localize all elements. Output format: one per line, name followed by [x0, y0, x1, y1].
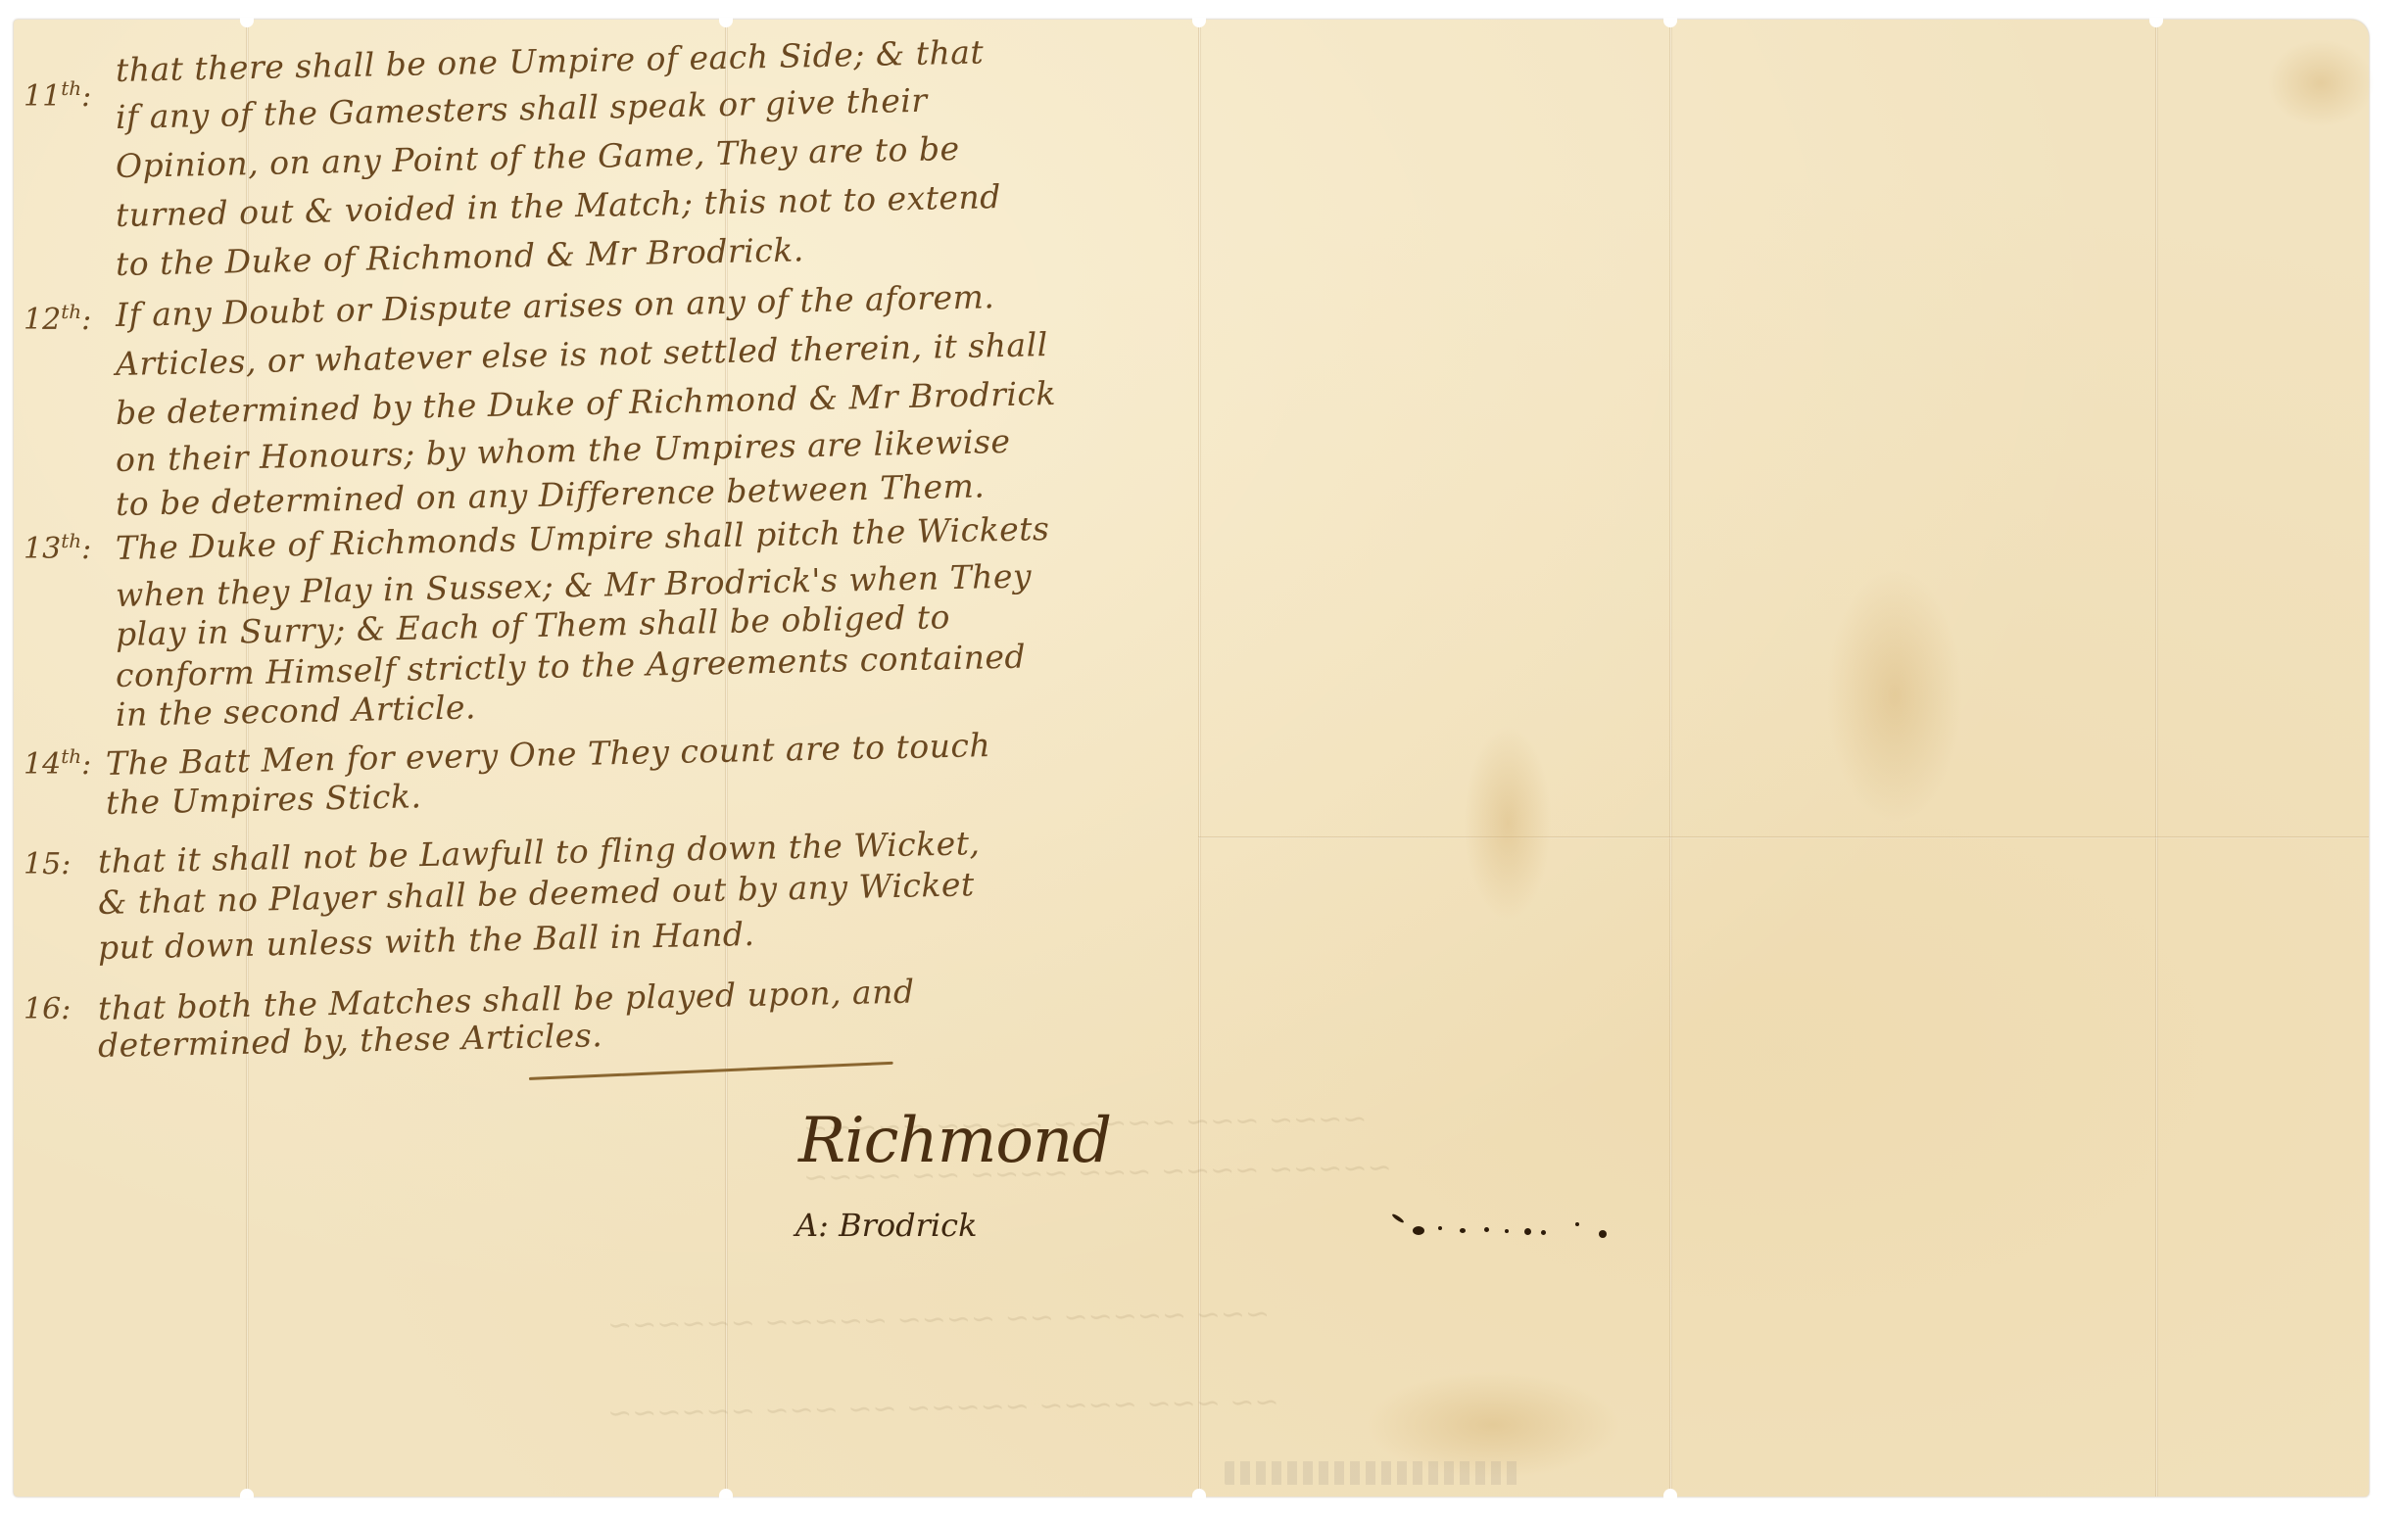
- signature-brodrick: A: Brodrick: [795, 1207, 977, 1244]
- edge-notch: [240, 1489, 254, 1498]
- edge-notch: [719, 1489, 733, 1498]
- fold-line: [1669, 20, 1672, 1497]
- edge-notch: [240, 18, 254, 27]
- edge-notch: [719, 18, 733, 27]
- signature-richmond: Richmond: [798, 1105, 1111, 1177]
- edge-notch: [1663, 1489, 1677, 1498]
- article-number: 15:: [24, 844, 71, 881]
- article-number: 16:: [24, 989, 71, 1026]
- fold-line: [2155, 20, 2158, 1497]
- edge-notch: [1192, 1489, 1206, 1498]
- edge-notch: [1192, 18, 1206, 27]
- article-number: 12th:: [24, 300, 91, 337]
- article-number: 11th:: [24, 76, 91, 114]
- paper-stain: [2267, 39, 2375, 127]
- edge-notch: [2149, 18, 2163, 27]
- fold-line: [1198, 20, 1201, 1497]
- paper-stain: [1826, 568, 1963, 823]
- paper-stain: [1464, 725, 1552, 921]
- edge-notch: [1663, 18, 1677, 27]
- archive-stamp: [1225, 1461, 1518, 1485]
- manuscript-line: in the second Article.: [116, 688, 477, 734]
- fold-line: [1198, 836, 2369, 838]
- article-number: 13th:: [24, 529, 91, 566]
- article-number: 14th:: [24, 744, 91, 782]
- manuscript-line: the Umpires Stick.: [106, 777, 422, 822]
- ink-blots: [1391, 1214, 1616, 1244]
